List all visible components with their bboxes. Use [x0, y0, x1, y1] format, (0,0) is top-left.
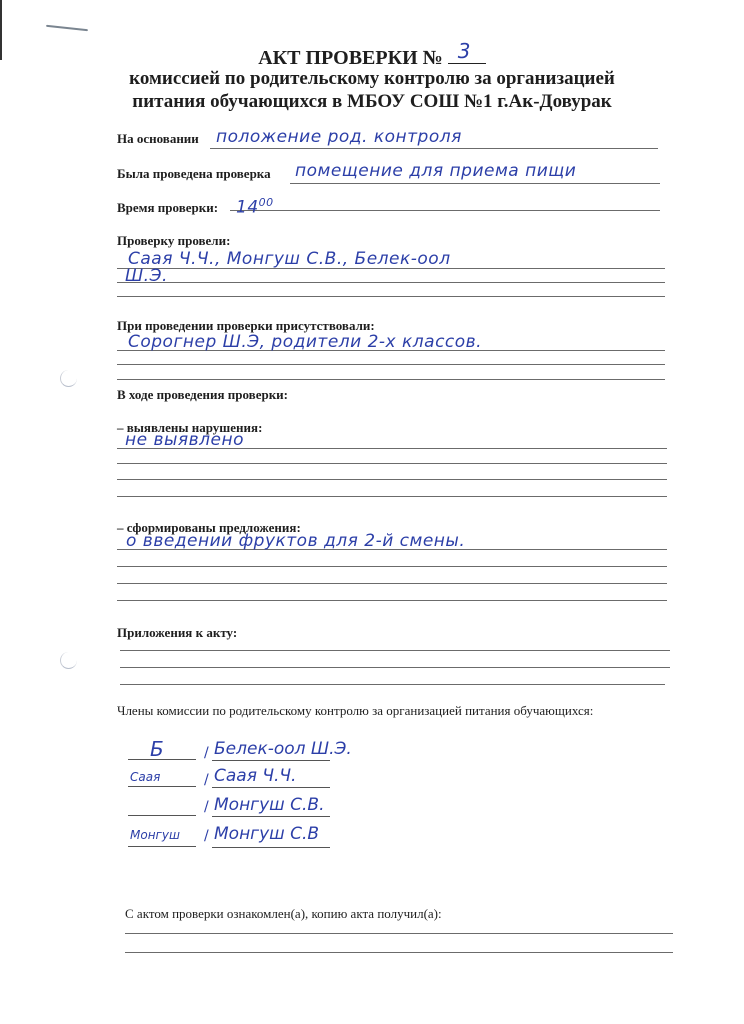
name-line — [212, 787, 330, 788]
separator: / — [204, 745, 209, 761]
present-rule-3 — [117, 379, 665, 380]
time-label: Время проверки: — [117, 200, 218, 216]
inspection-rule — [290, 183, 660, 184]
during-inspection-label: В ходе проведения проверки: — [117, 387, 288, 403]
name-line — [212, 847, 330, 848]
time-minutes: 00 — [259, 196, 274, 209]
proposals-rule-3 — [117, 583, 667, 584]
members-label: Члены комиссии по родительскому контролю… — [117, 703, 593, 719]
separator: / — [204, 772, 209, 788]
time-rule — [230, 210, 660, 211]
title-prefix: АКТ ПРОВЕРКИ № — [258, 47, 443, 69]
attachments-rule-2 — [120, 667, 670, 668]
conducted-by-rule-3 — [117, 296, 665, 297]
signature-mark: Монгуш — [130, 828, 180, 842]
proposals-line-1: о введении фруктов для 2-й смены. — [126, 531, 465, 551]
separator: / — [204, 799, 209, 815]
acknowledgement-label: С актом проверки ознакомлен(а), копию ак… — [125, 906, 442, 922]
violations-rule-4 — [117, 496, 667, 497]
proposals-rule-4 — [117, 600, 667, 601]
member-name: Монгуш С.В. — [214, 795, 324, 815]
member-name: Монгуш С.В — [214, 824, 319, 844]
document-subtitle-1: комиссией по родительскому контролю за о… — [0, 68, 744, 90]
basis-rule — [210, 148, 658, 149]
signature-line — [128, 815, 196, 816]
signature-line — [128, 846, 196, 847]
time-hours: 14 — [236, 198, 259, 218]
act-number: 3 — [458, 39, 471, 63]
basis-label: На основании — [117, 131, 199, 147]
basis-value: положение род. контроля — [216, 127, 462, 147]
proposals-rule-2 — [117, 566, 667, 567]
conducted-by-label: Проверку провели: — [117, 233, 230, 249]
attachments-rule-1 — [120, 650, 670, 651]
attachments-label: Приложения к акту: — [117, 625, 237, 641]
present-line-1: Сорогнер Ш.Э, родители 2-х классов. — [128, 332, 482, 352]
name-line — [212, 816, 330, 817]
document-title: АКТ ПРОВЕРКИ № 3 — [0, 45, 744, 70]
acknowledgement-rule-1 — [125, 933, 673, 934]
act-number-field: 3 — [448, 45, 486, 64]
member-name: Белек-оол Ш.Э. — [214, 739, 352, 759]
violations-rule-2 — [117, 463, 667, 464]
present-rule-2 — [117, 364, 665, 365]
violations-line-1: не выявлено — [125, 430, 244, 450]
inspection-label: Была проведена проверка — [117, 166, 271, 182]
punch-hole — [60, 370, 77, 387]
corner-mark — [46, 25, 88, 31]
separator: / — [204, 828, 209, 844]
document-subtitle-2: питания обучающихся в МБОУ СОШ №1 г.Ак-Д… — [0, 91, 744, 113]
conducted-by-line-2: Ш.Э. — [125, 266, 168, 286]
conducted-by-rule-2 — [117, 282, 665, 283]
attachments-rule-3 — [120, 684, 665, 685]
violations-rule-3 — [117, 479, 667, 480]
signature-mark: Б — [150, 737, 164, 761]
inspection-value: помещение для приема пищи — [295, 161, 576, 181]
conducted-by-line-1: Саая Ч.Ч., Монгуш С.В., Белек-оол — [128, 249, 451, 269]
signature-mark: Саая — [130, 770, 160, 784]
signature-line — [128, 786, 196, 787]
member-name: Саая Ч.Ч. — [214, 766, 296, 786]
punch-hole — [60, 652, 77, 669]
time-value: 1400 — [236, 196, 274, 218]
acknowledgement-rule-2 — [125, 952, 673, 953]
name-line — [212, 760, 330, 761]
